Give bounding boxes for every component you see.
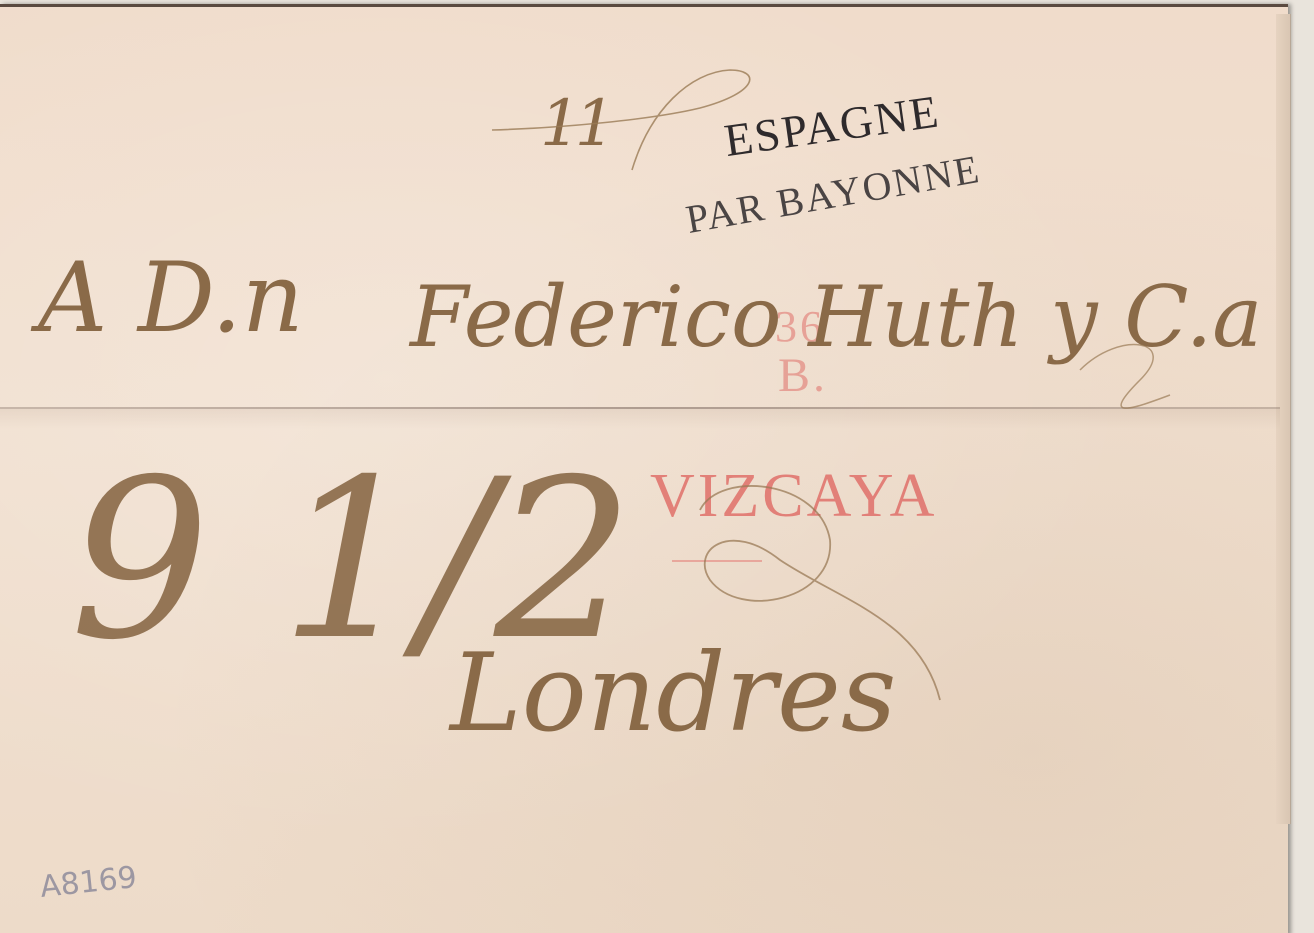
pen-flourishes	[0, 0, 1314, 933]
